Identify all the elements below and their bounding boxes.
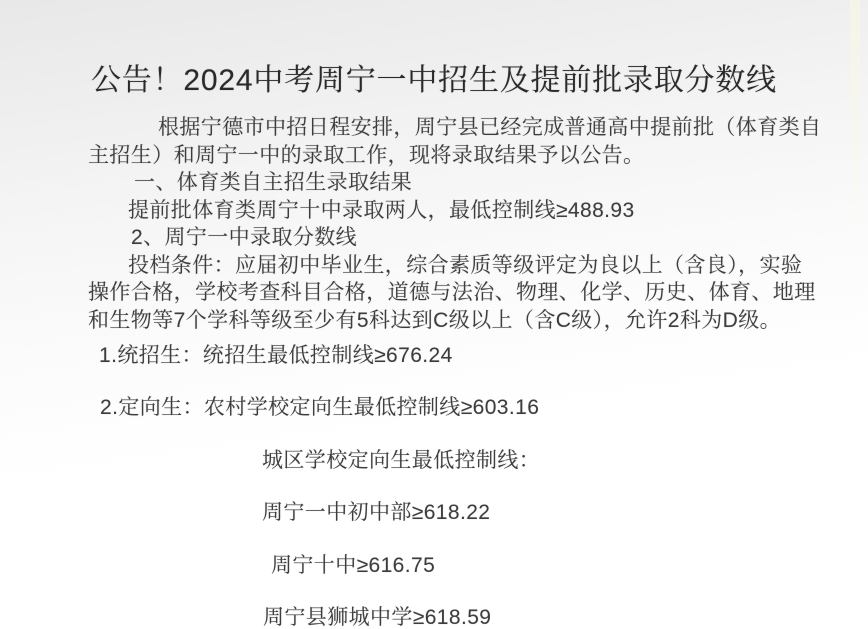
city-score-zhouning-no10: 周宁十中≥616.75: [271, 549, 435, 579]
sports-section-result: 提前批体育类周宁十中录取两人，最低控制线≥488.93: [128, 194, 635, 224]
photo-edge-artifact: [850, 0, 860, 240]
conditions-line-2: 操作合格，学校考查科目合格，道德与法治、物理、化学、历史、体育、地理: [88, 276, 816, 306]
conditions-line-3: 和生物等7个学科等级至少有5科达到C级以上（含C级），允许2科为D级。: [88, 304, 781, 334]
score-line-dingxiang: 2.定向生：农村学校定向生最低控制线≥603.16: [100, 391, 539, 421]
no1-school-section-heading: 2、周宁一中录取分数线: [131, 221, 357, 251]
intro-line-2: 主招生）和周宁一中的录取工作，现将录取结果予以公告。: [88, 139, 644, 169]
city-score-shicheng-middle: 周宁县狮城中学≥618.59: [263, 601, 491, 629]
score-line-tongzhao: 1.统招生：统招生最低控制线≥676.24: [99, 339, 453, 369]
city-score-zhouning-no1-junior: 周宁一中初中部≥618.22: [262, 496, 490, 526]
conditions-line-1: 投档条件：应届初中毕业生，综合素质等级评定为良以上（含良），实验: [128, 249, 802, 279]
announcement-photo-page: 公告！2024中考周宁一中招生及提前批录取分数线 根据宁德市中招日程安排，周宁县…: [0, 0, 868, 629]
sports-section-heading: 一、体育类自主招生录取结果: [134, 166, 412, 196]
intro-line-1: 根据宁德市中招日程安排，周宁县已经完成普通高中提前批（体育类自: [158, 111, 821, 141]
city-scores-header: 城区学校定向生最低控制线：: [262, 444, 540, 474]
announcement-title: 公告！2024中考周宁一中招生及提前批录取分数线: [91, 55, 777, 99]
